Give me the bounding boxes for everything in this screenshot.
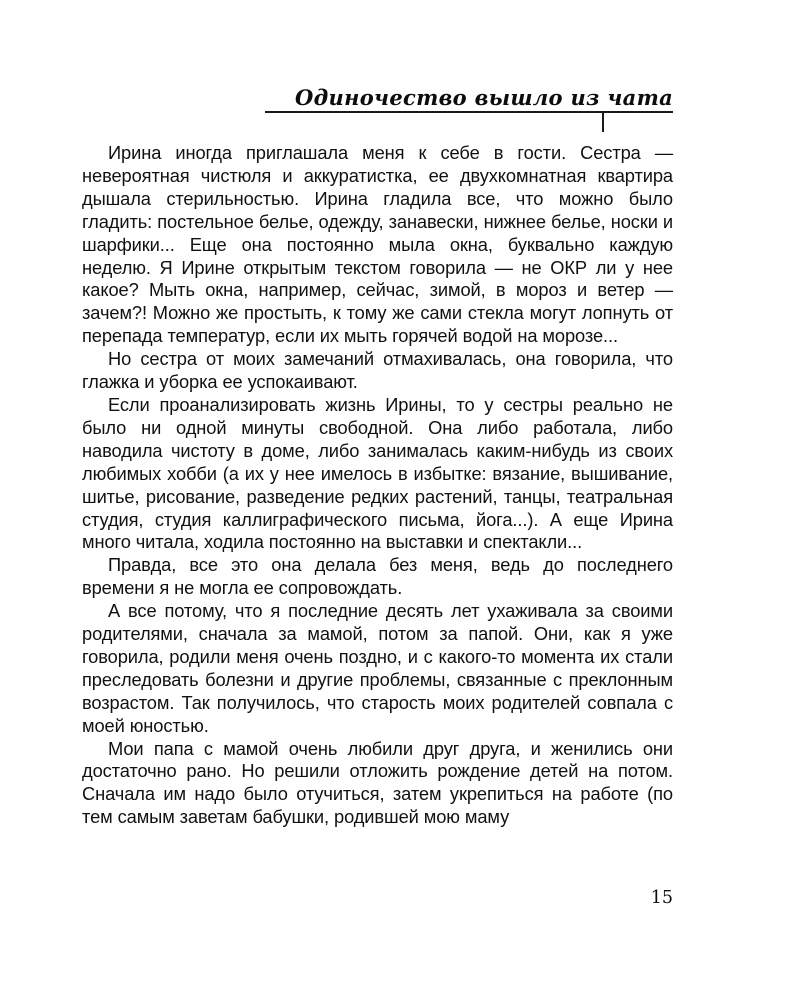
header-rule [265,111,673,113]
page-number: 15 [0,888,673,908]
paragraph-6: Мои папа с мамой очень любили друг друга… [82,738,673,830]
paragraph-5: А все потому, что я последние десять лет… [82,600,673,737]
paragraph-2: Но сестра от моих замечаний отмахивалась… [82,348,673,394]
body-text: Ирина иногда приглашала меня к себе в го… [82,142,673,829]
paragraph-4: Правда, все это она делала без меня, вед… [82,554,673,600]
paragraph-1: Ирина иногда приглашала меня к себе в го… [82,142,673,348]
book-page: Одиночество вышло из чата Ирина иногда п… [0,0,800,1000]
running-head-title: Одиночество вышло из чата [0,85,673,110]
paragraph-3: Если проанализировать жизнь Ирины, то у … [82,394,673,554]
header-rule-tick [602,113,604,132]
